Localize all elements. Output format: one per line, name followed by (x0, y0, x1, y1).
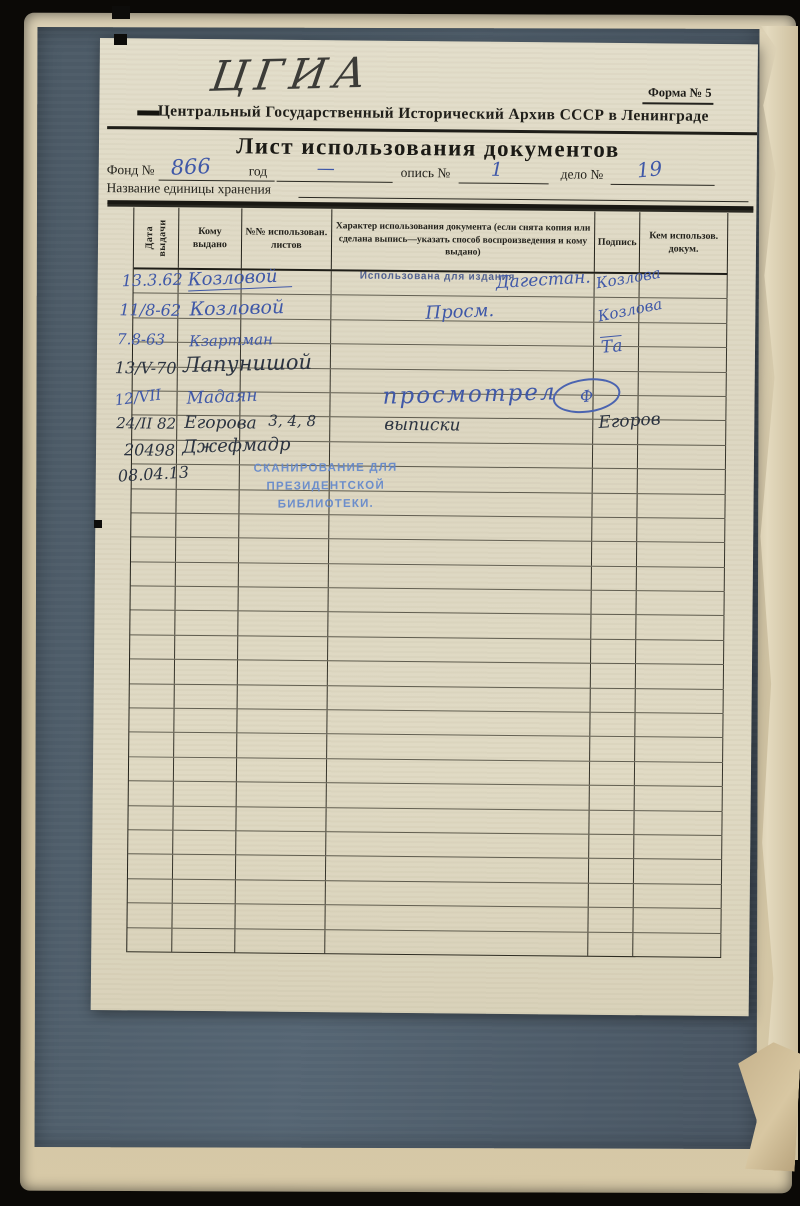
table-cell (174, 782, 237, 806)
table-cell (178, 270, 241, 294)
table-cell (326, 808, 590, 834)
table-cell (133, 367, 178, 391)
table-cell (325, 930, 589, 956)
table-cell (175, 660, 238, 684)
table-cell (330, 393, 594, 419)
table-cell (176, 562, 239, 586)
delo-underline (611, 184, 715, 186)
table-cell (237, 709, 327, 733)
table-cell (590, 810, 635, 834)
table-cell (177, 440, 240, 464)
table-cell (238, 636, 328, 660)
table-cell (178, 319, 241, 343)
table-cell (590, 762, 635, 786)
table-cell (176, 489, 239, 513)
table-cell (178, 367, 241, 391)
table-cell (175, 611, 238, 635)
header-cell-1: Кому выдано (179, 208, 242, 269)
table-cell (327, 759, 591, 785)
table-cell (331, 296, 595, 322)
table-cell (236, 856, 326, 880)
table-cell (127, 928, 172, 952)
table-row (127, 928, 721, 958)
table-cell (637, 591, 725, 615)
table-cell (177, 416, 240, 440)
table-cell (237, 758, 327, 782)
table-cell (134, 269, 179, 293)
table-cell (638, 445, 726, 469)
table-cell (236, 807, 326, 831)
header-cell-3: Характер использования документа (если с… (331, 209, 595, 272)
header-cell-vertical-label: Дата выдачи (143, 209, 170, 265)
table-cell (241, 344, 331, 368)
scan-artifact-mark (114, 34, 127, 45)
table-cell (241, 295, 331, 319)
header-cell-0: Дата выдачи (134, 207, 179, 267)
table-cell (237, 734, 327, 758)
table-cell (635, 786, 723, 810)
table-cell (241, 270, 331, 294)
scan-artifact-mark (112, 6, 130, 19)
year-label: год (249, 163, 268, 179)
year-underline (277, 181, 393, 184)
form-sheet: ЦГИА Форма № 5 Центральный Государственн… (91, 38, 758, 1016)
table-cell (133, 318, 178, 342)
table-cell (238, 612, 328, 636)
table-cell (635, 762, 723, 786)
table-cell (594, 371, 639, 395)
table-cell (592, 518, 637, 542)
scan-artifact-mark (94, 520, 102, 528)
table-cell (241, 319, 331, 343)
table-header: Дата выдачиКому выдано№№ использован. ли… (134, 207, 729, 275)
table-cell (588, 932, 633, 956)
table-cell (589, 835, 634, 859)
table-cell (594, 323, 639, 347)
table-cell (635, 811, 723, 835)
table-cell (633, 933, 721, 957)
table-cell (329, 491, 593, 517)
header-cell-2: №№ использован. листов (242, 208, 332, 269)
table-cell (131, 562, 176, 586)
table-cell (239, 465, 329, 489)
table-cell (240, 368, 330, 392)
table-cell (591, 640, 636, 664)
table-cell (130, 611, 175, 635)
table-cell (128, 879, 173, 903)
table-cell (595, 298, 640, 322)
table-cell (589, 859, 634, 883)
table-cell (326, 832, 590, 858)
table-cell (132, 440, 177, 464)
table-cell (639, 323, 727, 347)
table-cell (238, 661, 328, 685)
table-cell (328, 613, 592, 639)
table-cell (638, 469, 726, 493)
table-cell (592, 591, 637, 615)
table-cell (178, 343, 241, 367)
table-cell (635, 738, 723, 762)
table-cell (636, 689, 724, 713)
table-cell (331, 271, 595, 297)
table-cell (634, 835, 722, 859)
table-cell (329, 540, 593, 566)
table-cell (131, 538, 176, 562)
table-cell (128, 806, 173, 830)
table-cell (639, 347, 727, 371)
table-cell (639, 299, 727, 323)
table-cell (637, 542, 725, 566)
table-cell (593, 420, 638, 444)
table-cell (326, 783, 590, 809)
table-cell (325, 881, 589, 907)
table-cell (130, 635, 175, 659)
table-cell (129, 782, 174, 806)
table-cell (174, 684, 237, 708)
table-cell (240, 441, 330, 465)
table-cell (239, 539, 329, 563)
table-cell (173, 806, 236, 830)
table-cell (634, 860, 722, 884)
delo-value: 19 (636, 156, 664, 182)
table-cell (330, 418, 594, 444)
table-cell (239, 563, 329, 587)
table-cell (325, 905, 589, 931)
table-cell (592, 566, 637, 590)
table-cell (329, 515, 593, 541)
table-cell (174, 709, 237, 733)
table-cell (331, 344, 595, 370)
table-cell (130, 684, 175, 708)
table-cell (639, 372, 727, 396)
table-cell (235, 929, 325, 953)
table-cell (594, 347, 639, 371)
table-cell (131, 489, 176, 513)
table-cell (239, 490, 329, 514)
table-cell (589, 908, 634, 932)
table-cell (593, 469, 638, 493)
opis-value: 1 (491, 159, 503, 181)
table-cell (236, 783, 326, 807)
table-cell (636, 616, 724, 640)
table-cell (172, 928, 235, 952)
table-cell (240, 417, 330, 441)
table-cell (637, 518, 725, 542)
table-cell (328, 637, 592, 663)
table-cell (133, 343, 178, 367)
table-cell (129, 733, 174, 757)
table-cell (590, 737, 635, 761)
table-cell (638, 494, 726, 518)
table-cell (331, 320, 595, 346)
table-cell (328, 564, 592, 590)
table-cell (174, 758, 237, 782)
table-cell (177, 392, 240, 416)
table-cell (176, 514, 239, 538)
table-cell (330, 442, 594, 468)
table-cell (238, 587, 328, 611)
table-cell (237, 685, 327, 709)
table-cell (591, 615, 636, 639)
table-cell (128, 855, 173, 879)
scanned-document: ЦГИА Форма № 5 Центральный Государственн… (0, 0, 800, 1206)
table-cell (173, 855, 236, 879)
table-cell (635, 713, 723, 737)
table-cell (236, 880, 326, 904)
table-cell (127, 903, 172, 927)
table-cell (589, 883, 634, 907)
opis-underline (459, 182, 549, 184)
table-cell (592, 542, 637, 566)
table-cell (133, 294, 178, 318)
table-cell (590, 786, 635, 810)
table-cell (176, 538, 239, 562)
table-cell (130, 660, 175, 684)
table-cell (173, 880, 236, 904)
table-cell (591, 664, 636, 688)
table-cell (239, 514, 329, 538)
table-cell (327, 735, 591, 761)
table-cell (593, 444, 638, 468)
table-cell (132, 391, 177, 415)
table-cell (593, 493, 638, 517)
table-cell (175, 636, 238, 660)
header-cell-5: Кем использов. докум. (640, 212, 728, 273)
table-cell (131, 513, 176, 537)
form-number: Форма № 5 (642, 85, 714, 105)
table-cell (636, 640, 724, 664)
table-cell (235, 904, 325, 928)
table-cell (128, 830, 173, 854)
table-cell (638, 421, 726, 445)
table-cell (327, 710, 591, 736)
table-cell (178, 294, 241, 318)
table-cell (132, 416, 177, 440)
table-cell (637, 567, 725, 591)
fond-value: 866 (170, 154, 211, 180)
opis-label: опись № (401, 165, 451, 181)
table-cell (240, 392, 330, 416)
year-value: — (317, 158, 335, 179)
table-cell (236, 831, 326, 855)
unit-label: Название единицы хранения (106, 180, 271, 198)
table-cell (638, 396, 726, 420)
table-cell (129, 757, 174, 781)
table-cell (591, 688, 636, 712)
table-cell (175, 587, 238, 611)
table-cell (330, 369, 594, 395)
table-cell (328, 588, 592, 614)
table-cell (327, 686, 591, 712)
table-cell (591, 713, 636, 737)
archive-mark: ЦГИА (207, 48, 376, 101)
table-cell (594, 396, 639, 420)
table-cell (636, 664, 724, 688)
table-cell (177, 465, 240, 489)
table-cell (634, 908, 722, 932)
table-body (127, 269, 728, 958)
table-cell (327, 661, 591, 687)
table-cell (595, 274, 640, 298)
table-cell (174, 733, 237, 757)
fond-label: Фонд № (107, 162, 155, 178)
table-cell (173, 831, 236, 855)
delo-label: дело № (561, 166, 604, 182)
table-cell (132, 464, 177, 488)
org-name: Центральный Государственный Исторический… (113, 102, 753, 126)
usage-table: Дата выдачиКому выдано№№ использован. ли… (126, 207, 728, 958)
table-cell (634, 884, 722, 908)
table-cell (326, 857, 590, 883)
table-cell (640, 274, 728, 298)
header-cell-4: Подпись (595, 212, 641, 272)
table-cell (329, 466, 593, 492)
table-cell (129, 708, 174, 732)
table-cell (172, 904, 235, 928)
ink-dash (137, 110, 159, 115)
table-cell (131, 586, 176, 610)
